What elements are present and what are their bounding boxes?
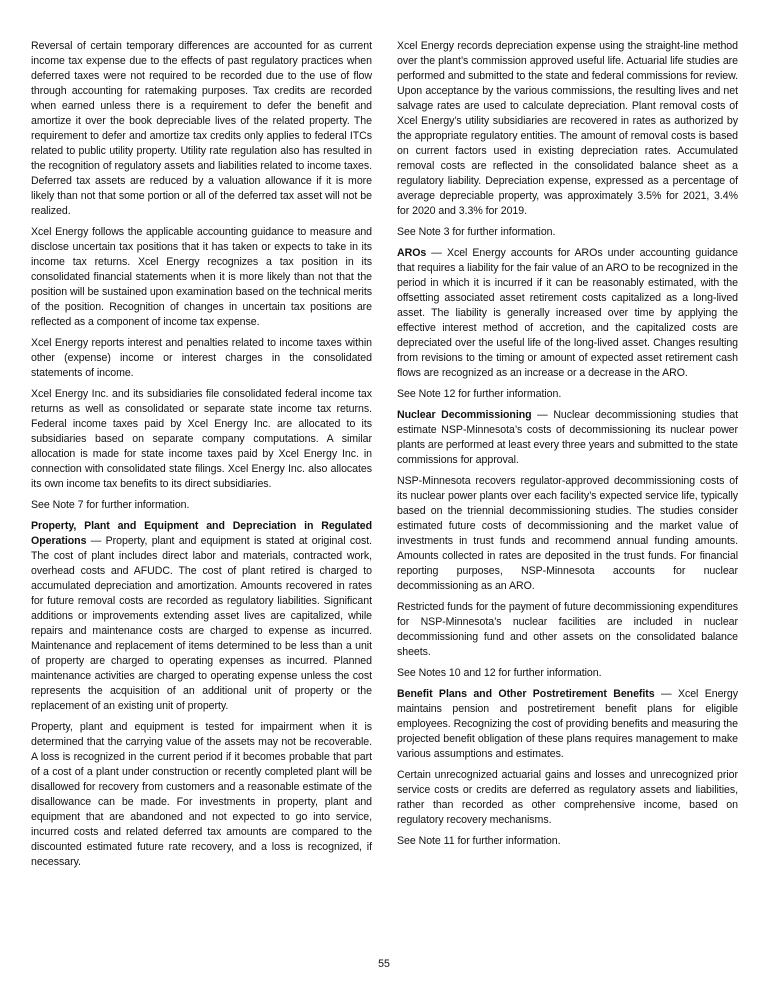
em-dash: —	[655, 688, 678, 700]
paragraph-income-tax-reversal: Reversal of certain temporary difference…	[31, 39, 372, 219]
paragraph-interest-penalties: Xcel Energy reports interest and penalti…	[31, 336, 372, 381]
left-column: Reversal of certain temporary difference…	[31, 39, 372, 876]
right-column: Xcel Energy records depreciation expense…	[397, 39, 738, 855]
paragraph-text: See Notes 10 and 12 for further informat…	[397, 667, 602, 679]
paragraph-unrecognized-gains: Certain unrecognized actuarial gains and…	[397, 768, 738, 828]
paragraph-consolidated-returns: Xcel Energy Inc. and its subsidiaries fi…	[31, 387, 372, 492]
paragraph-text: Xcel Energy accounts for AROs under acco…	[397, 247, 738, 379]
paragraph-impairment: Property, plant and equipment is tested …	[31, 720, 372, 870]
paragraph-text: NSP-Minnesota recovers regulator-approve…	[397, 475, 738, 592]
em-dash: —	[86, 535, 105, 547]
section-property-plant-equipment: Property, Plant and Equipment and Deprec…	[31, 519, 372, 714]
see-notes-10-12: See Notes 10 and 12 for further informat…	[397, 666, 738, 681]
paragraph-text: See Note 7 for further information.	[31, 499, 189, 511]
section-benefit-plans: Benefit Plans and Other Postretirement B…	[397, 687, 738, 762]
paragraph-text: Reversal of certain temporary difference…	[31, 40, 372, 217]
paragraph-uncertain-tax-positions: Xcel Energy follows the applicable accou…	[31, 225, 372, 330]
section-aros: AROs — Xcel Energy accounts for AROs und…	[397, 246, 738, 381]
paragraph-text: Property, plant and equipment is tested …	[31, 721, 372, 868]
page-number: 55	[0, 958, 768, 970]
document-page: Reversal of certain temporary difference…	[0, 0, 768, 993]
paragraph-text: See Note 12 for further information.	[397, 388, 561, 400]
em-dash: —	[426, 247, 447, 259]
paragraph-text: Certain unrecognized actuarial gains and…	[397, 769, 738, 826]
paragraph-text: Xcel Energy follows the applicable accou…	[31, 226, 372, 328]
em-dash: —	[532, 409, 554, 421]
see-note-12: See Note 12 for further information.	[397, 387, 738, 402]
paragraph-text: See Note 11 for further information.	[397, 835, 560, 847]
paragraph-text: See Note 3 for further information.	[397, 226, 555, 238]
see-note-11: See Note 11 for further information.	[397, 834, 738, 849]
see-note-7: See Note 7 for further information.	[31, 498, 372, 513]
paragraph-text: Property, plant and equipment is stated …	[31, 535, 372, 712]
paragraph-nsp-recovers: NSP-Minnesota recovers regulator-approve…	[397, 474, 738, 594]
paragraph-depreciation-expense: Xcel Energy records depreciation expense…	[397, 39, 738, 219]
section-heading: Nuclear Decommissioning	[397, 409, 532, 421]
section-heading: Benefit Plans and Other Postretirement B…	[397, 688, 655, 700]
paragraph-text: Restricted funds for the payment of futu…	[397, 601, 738, 658]
section-nuclear-decommissioning: Nuclear Decommissioning — Nuclear decomm…	[397, 408, 738, 468]
paragraph-text: Xcel Energy reports interest and penalti…	[31, 337, 372, 379]
paragraph-text: Xcel Energy Inc. and its subsidiaries fi…	[31, 388, 372, 490]
paragraph-restricted-funds: Restricted funds for the payment of futu…	[397, 600, 738, 660]
paragraph-text: Xcel Energy records depreciation expense…	[397, 40, 738, 217]
see-note-3: See Note 3 for further information.	[397, 225, 738, 240]
section-heading: AROs	[397, 247, 426, 259]
